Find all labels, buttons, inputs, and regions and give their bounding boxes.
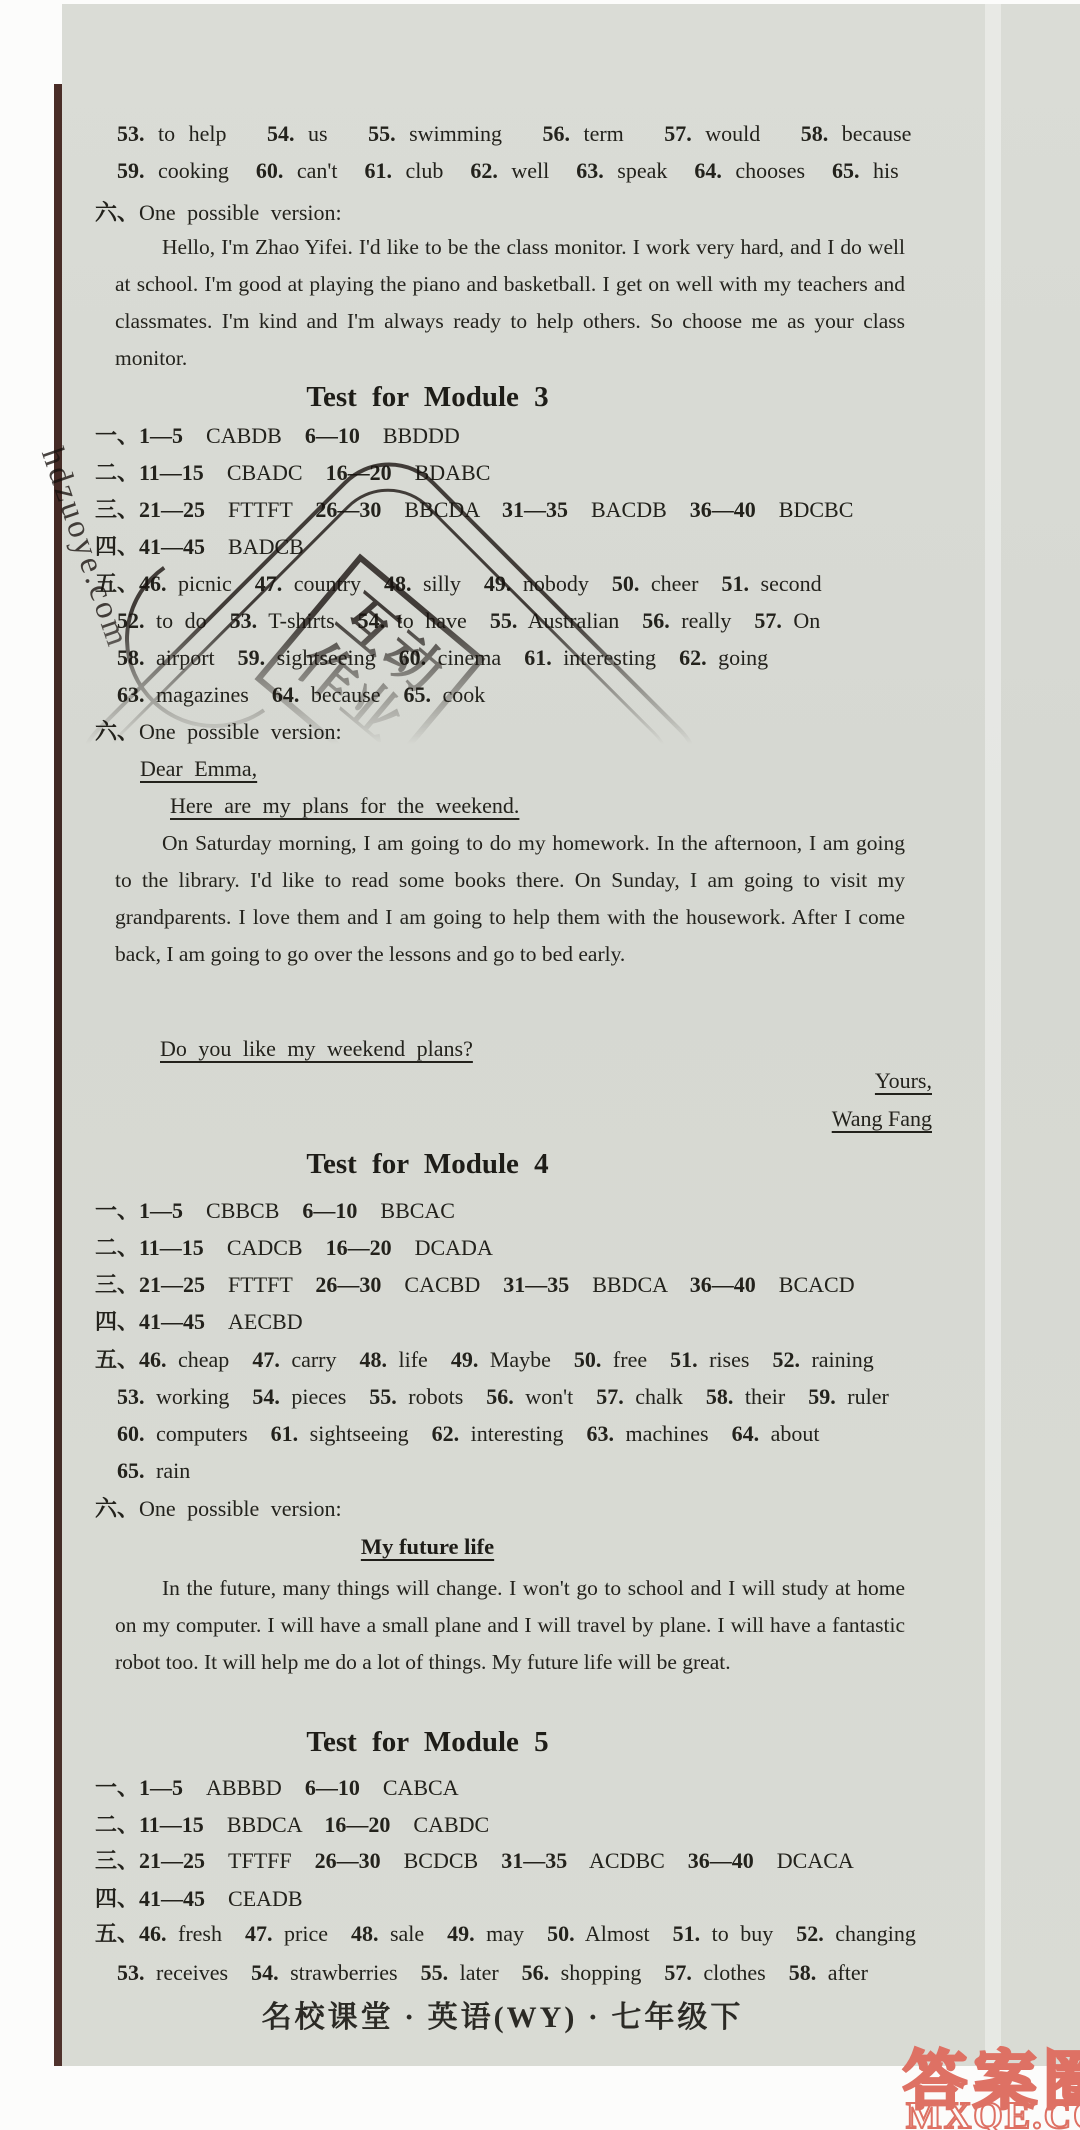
letter-signature-text: Wang Fang — [832, 1106, 932, 1131]
answer-site-watermark: MXQE.COM — [906, 2094, 1080, 2130]
section-label: 六、One possible version: — [95, 719, 342, 745]
answer-line: 二、11—15 CADCB 16—20 DCADA — [95, 1235, 493, 1261]
page-footer: 名校课堂 · 英语(WY) · 七年级下 — [95, 1992, 910, 2036]
answer-line: 53. receives 54. strawberries 55. later … — [117, 1960, 868, 1986]
test-title-module-4: Test for Module 4 — [95, 1148, 760, 1181]
answer-line: 63. magazines 64. because 65. cook — [117, 682, 485, 708]
answer-line: 五、46. picnic 47. country 48. silly 49. n… — [95, 571, 822, 597]
answer-line: 四、41—45 CEADB — [95, 1886, 303, 1912]
answer-line: 二、11—15 BBDCA 16—20 CABDC — [95, 1812, 489, 1838]
essay-paragraph: Hello, I'm Zhao Yifei. I'd like to be th… — [115, 229, 905, 377]
answer-line: 一、1—5 ABBBD 6—10 CABCA — [95, 1775, 459, 1801]
letter-body: On Saturday morning, I am going to do my… — [115, 825, 905, 973]
letter-closing: Yours, — [640, 1068, 932, 1094]
answer-line: 五、46. fresh 47. price 48. sale 49. may 5… — [95, 1921, 916, 1947]
test-title-module-5: Test for Module 5 — [95, 1726, 760, 1759]
letter-subject: Here are my plans for the weekend. — [170, 793, 519, 819]
answer-line: 52. to do 53. T-shirts 54. to have 55. A… — [117, 608, 820, 634]
letter-question: Do you like my weekend plans? — [160, 1036, 473, 1062]
essay-title: My future life — [95, 1534, 760, 1560]
letter-closing-text: Yours, — [875, 1068, 932, 1093]
answer-line: 二、11—15 CBADC 16—20 BDABC — [95, 460, 490, 486]
answer-line: 三、21—25 TFTFF 26—30 BCDCB 31—35 ACDBC 36… — [95, 1848, 854, 1874]
answer-line: 四、41—45 BADCB — [95, 534, 304, 560]
section-label: 六、One possible version: — [95, 200, 342, 226]
section-label: 六、One possible version: — [95, 1496, 342, 1522]
essay-paragraph: In the future, many things will change. … — [115, 1570, 905, 1681]
answer-line: 65. rain — [117, 1458, 190, 1484]
test-title-module-3: Test for Module 3 — [95, 381, 760, 414]
answer-line: 五、46. cheap 47. carry 48. life 49. Maybe… — [95, 1347, 874, 1373]
answer-line: 三、21—25 FTTFT 26—30 CACBD 31—35 BBDCA 36… — [95, 1272, 855, 1298]
answer-line: 一、1—5 CBBCB 6—10 BBCAC — [95, 1198, 455, 1224]
page-content: 53. to help 54. us 55. swimming 56. term… — [0, 0, 1080, 2130]
answer-line: 三、21—25 FTTFT 26—30 BBCDA 31—35 BACDB 36… — [95, 497, 853, 523]
answer-line: 53. to help 54. us 55. swimming 56. term… — [117, 121, 911, 147]
letter-salutation: Dear Emma, — [140, 756, 257, 782]
answer-line: 58. airport 59. sightseeing 60. cinema 6… — [117, 645, 768, 671]
letter-signature: Wang Fang — [640, 1106, 932, 1132]
essay-title-text: My future life — [361, 1534, 494, 1559]
answer-line: 53. working 54. pieces 55. robots 56. wo… — [117, 1384, 889, 1410]
answer-line: 59. cooking 60. can't 61. club 62. well … — [117, 158, 899, 184]
answer-line: 60. computers 61. sightseeing 62. intere… — [117, 1421, 820, 1447]
answer-line: 四、41—45 AECBD — [95, 1309, 303, 1335]
answer-line: 一、1—5 CABDB 6—10 BBDDD — [95, 423, 460, 449]
